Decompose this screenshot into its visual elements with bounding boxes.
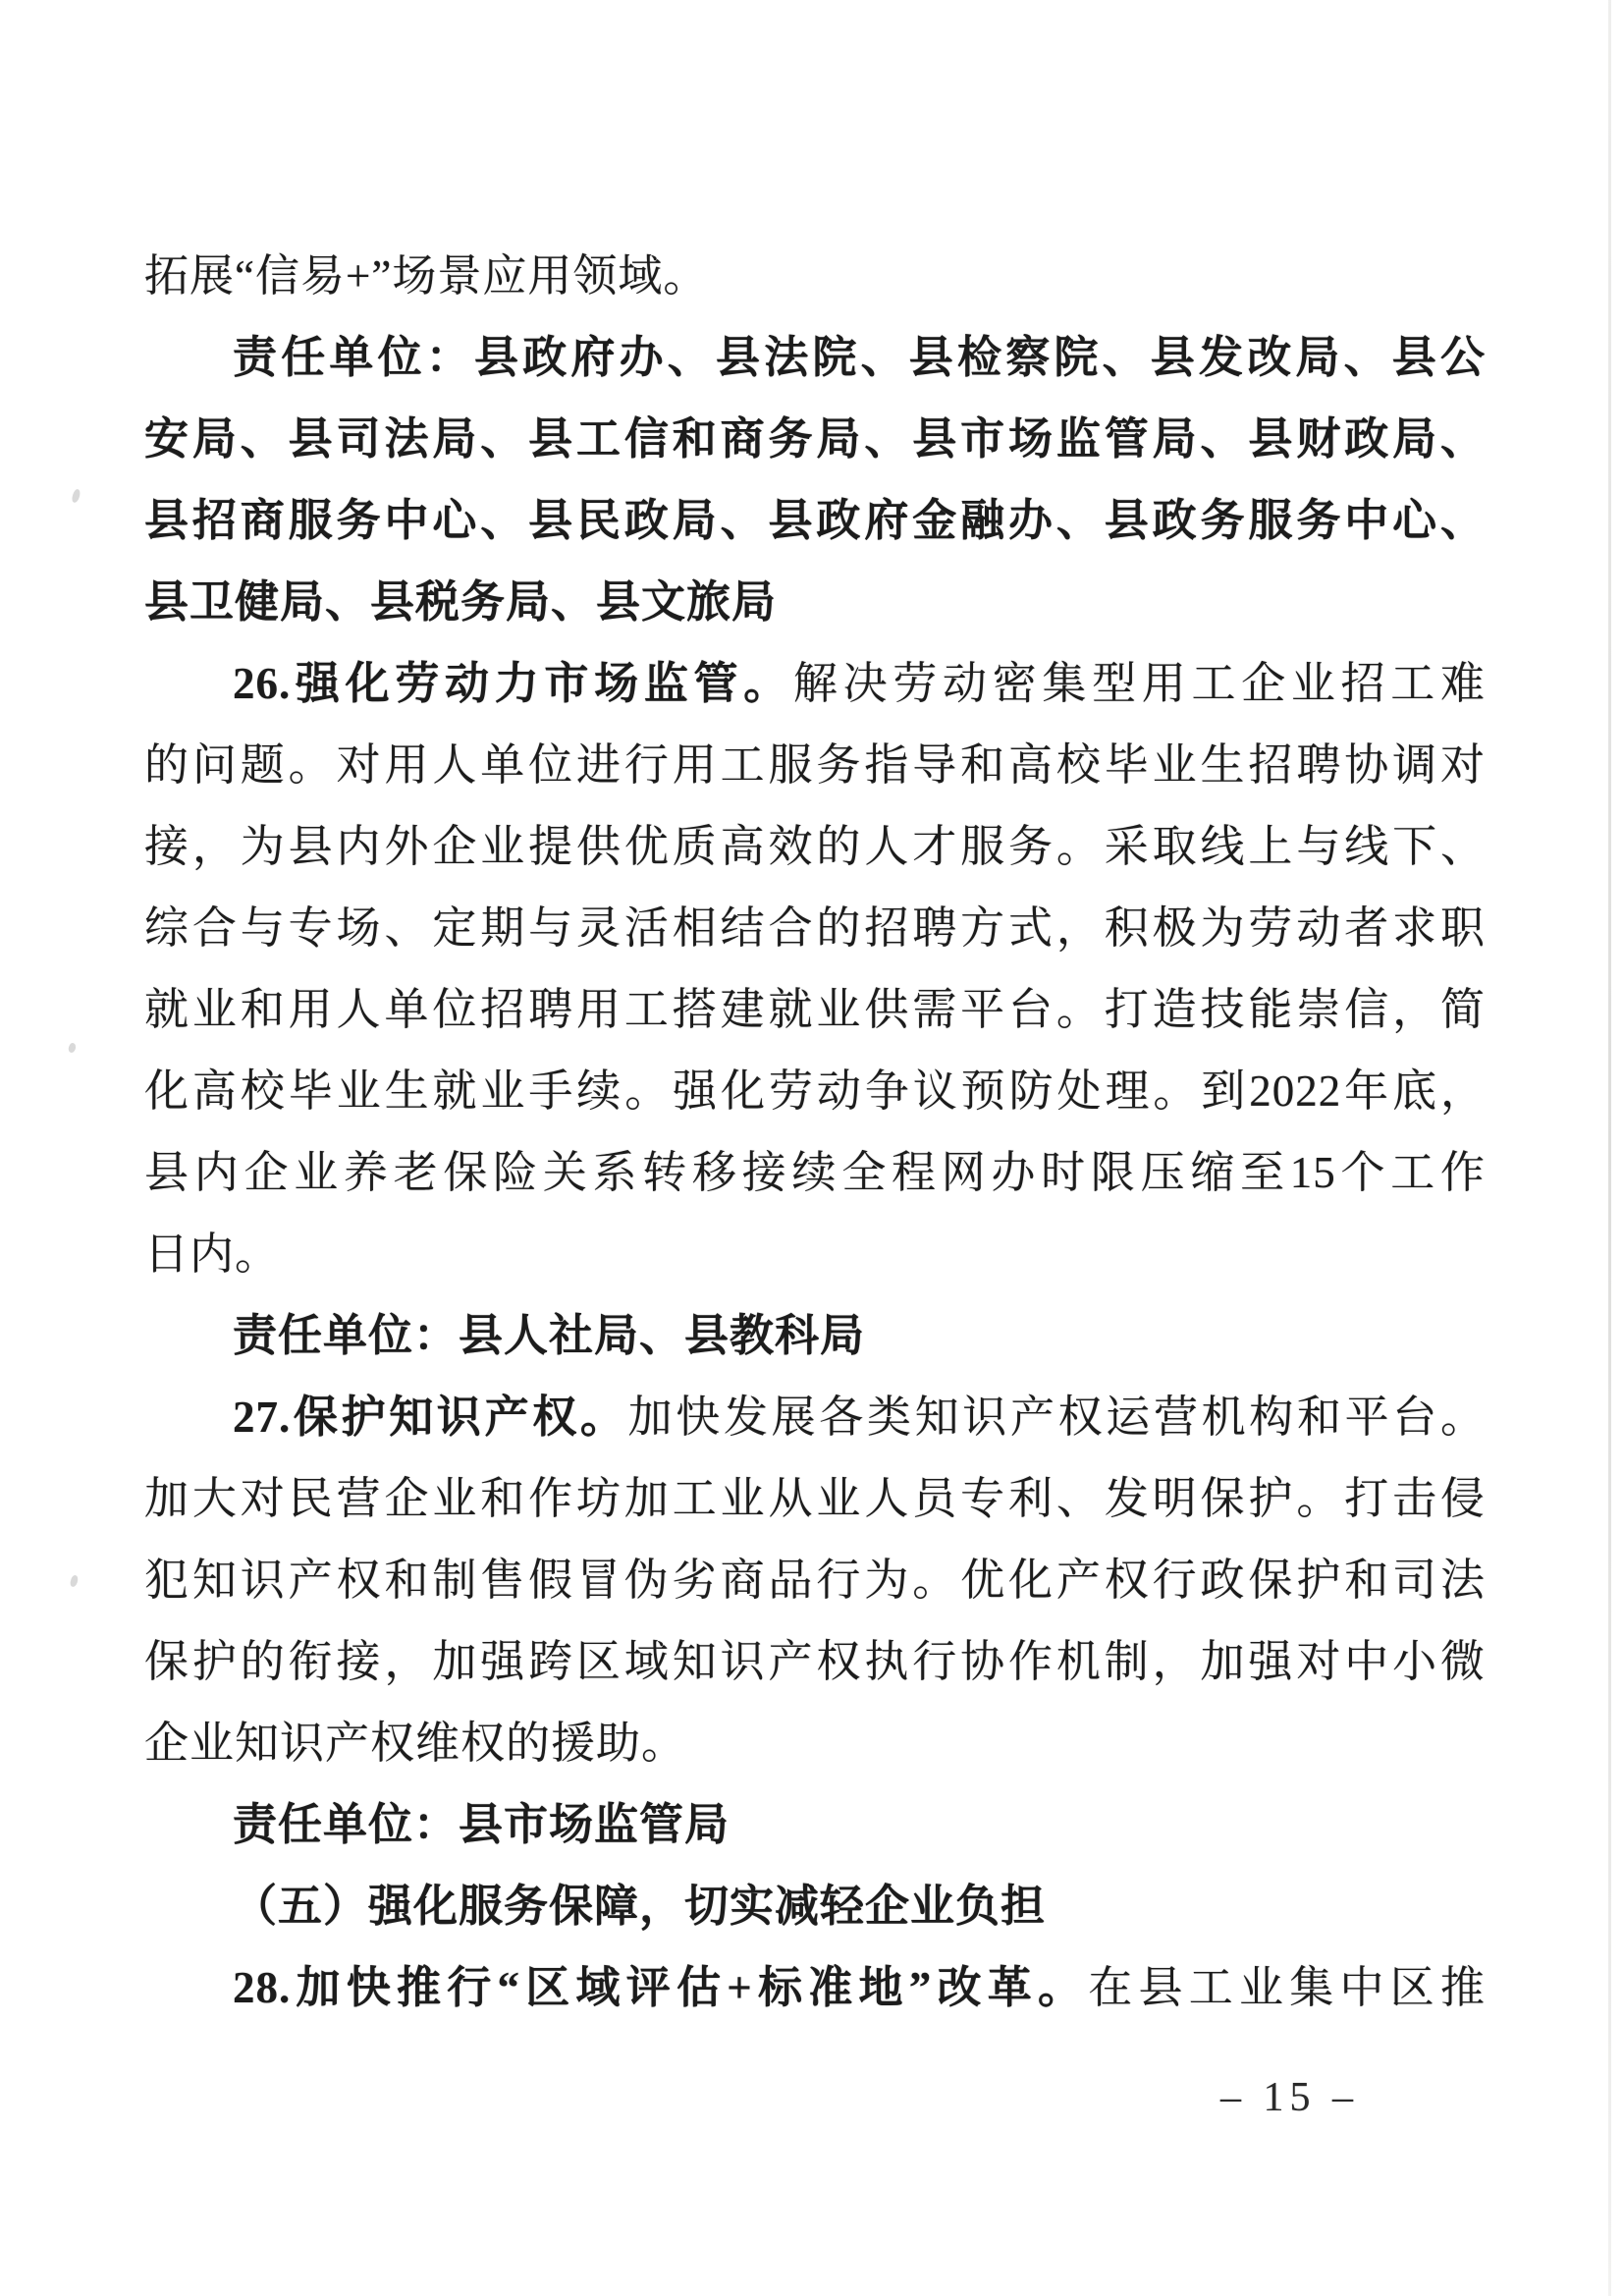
text-segment: 县内企业养老保险关系转移接续全程网办时限压缩至15个工作 [144, 1148, 1486, 1197]
document-body: 拓展“信易+”场景应用领域。责任单位：县政府办、县法院、县检察院、县发改局、县公… [144, 236, 1486, 2029]
bold-text-segment: 县卫健局、县税务局、县文旅局 [144, 577, 777, 627]
text-segment: 企业知识产权维权的援助。 [144, 1719, 686, 1768]
document-line: 综合与专场、定期与灵活相结合的招聘方式，积极为劳动者求职 [144, 888, 1486, 969]
text-segment: 化高校毕业生就业手续。强化劳动争议预防处理。到2022年底， [144, 1066, 1486, 1116]
scan-speck [69, 1574, 79, 1588]
bold-text-segment: 28.加快推行“区域评估+标准地”改革。 [233, 1963, 1088, 2012]
document-line: 日内。 [144, 1214, 1486, 1295]
document-line: 接，为县内外企业提供优质高效的人才服务。采取线上与线下、 [144, 806, 1486, 888]
document-line: 28.加快推行“区域评估+标准地”改革。在县工业集中区推 [144, 1947, 1486, 2029]
document-line: 27.保护知识产权。加快发展各类知识产权运营机构和平台。 [144, 1377, 1486, 1458]
document-line: 就业和用人单位招聘用工搭建就业供需平台。打造技能崇信，简 [144, 969, 1486, 1051]
text-segment: 在县工业集中区推 [1088, 1963, 1486, 2012]
document-page: 拓展“信易+”场景应用领域。责任单位：县政府办、县法院、县检察院、县发改局、县公… [0, 0, 1623, 2296]
document-line: 犯知识产权和制售假冒伪劣商品行为。优化产权行政保护和司法 [144, 1540, 1486, 1621]
text-segment: 加快发展各类知识产权运营机构和平台。 [628, 1393, 1486, 1442]
document-line: 26.强化劳动力市场监管。解决劳动密集型用工企业招工难 [144, 643, 1486, 725]
text-segment: 的问题。对用人单位进行用工服务指导和高校毕业生招聘协调对 [144, 740, 1486, 790]
document-line: 责任单位：县人社局、县教科局 [144, 1295, 1486, 1377]
text-segment: 就业和用人单位招聘用工搭建就业供需平台。打造技能崇信，简 [144, 985, 1486, 1034]
bold-text-segment: 责任单位：县人社局、县教科局 [233, 1311, 865, 1360]
bold-text-segment: 责任单位：县市场监管局 [233, 1800, 730, 1849]
document-line: 加大对民营企业和作坊加工业从业人员专利、发明保护。打击侵 [144, 1458, 1486, 1540]
page-number: – 15 – [1220, 2074, 1359, 2121]
bold-text-segment: 县招商服务中心、县民政局、县政府金融办、县政务服务中心、 [144, 496, 1486, 545]
scan-speck [71, 488, 81, 503]
document-line: 县招商服务中心、县民政局、县政府金融办、县政务服务中心、 [144, 480, 1486, 562]
bold-text-segment: 责任单位：县政府办、县法院、县检察院、县发改局、县公 [233, 333, 1486, 382]
text-segment: 拓展“信易+”场景应用领域。 [144, 251, 708, 301]
document-line: 拓展“信易+”场景应用领域。 [144, 236, 1486, 317]
document-line: 安局、县司法局、县工信和商务局、县市场监管局、县财政局、 [144, 399, 1486, 480]
text-segment: 日内。 [144, 1230, 280, 1279]
document-line: 化高校毕业生就业手续。强化劳动争议预防处理。到2022年底， [144, 1051, 1486, 1132]
bold-text-segment: 安局、县司法局、县工信和商务局、县市场监管局、县财政局、 [144, 414, 1486, 464]
bold-text-segment: （五）强化服务保障，切实减轻企业负担 [233, 1882, 1046, 1931]
scan-edge-artifact [1608, 0, 1611, 2296]
document-line: 县卫健局、县税务局、县文旅局 [144, 562, 1486, 643]
text-segment: 犯知识产权和制售假冒伪劣商品行为。优化产权行政保护和司法 [144, 1556, 1486, 1605]
document-line: 企业知识产权维权的援助。 [144, 1703, 1486, 1784]
text-segment: 综合与专场、定期与灵活相结合的招聘方式，积极为劳动者求职 [144, 903, 1486, 953]
text-segment: 解决劳动密集型用工企业招工难 [793, 659, 1486, 708]
document-line: 县内企业养老保险关系转移接续全程网办时限压缩至15个工作 [144, 1132, 1486, 1214]
scan-speck [68, 1042, 78, 1054]
text-segment: 保护的衔接，加强跨区域知识产权执行协作机制，加强对中小微 [144, 1637, 1486, 1686]
bold-text-segment: 26.强化劳动力市场监管。 [233, 659, 793, 708]
text-segment: 接，为县内外企业提供优质高效的人才服务。采取线上与线下、 [144, 822, 1486, 871]
document-line: 责任单位：县政府办、县法院、县检察院、县发改局、县公 [144, 317, 1486, 399]
text-segment: 加大对民营企业和作坊加工业从业人员专利、发明保护。打击侵 [144, 1474, 1486, 1523]
document-line: 责任单位：县市场监管局 [144, 1784, 1486, 1866]
document-line: 保护的衔接，加强跨区域知识产权执行协作机制，加强对中小微 [144, 1621, 1486, 1703]
document-line: （五）强化服务保障，切实减轻企业负担 [144, 1866, 1486, 1947]
document-line: 的问题。对用人单位进行用工服务指导和高校毕业生招聘协调对 [144, 725, 1486, 806]
bold-text-segment: 27.保护知识产权。 [233, 1393, 628, 1442]
